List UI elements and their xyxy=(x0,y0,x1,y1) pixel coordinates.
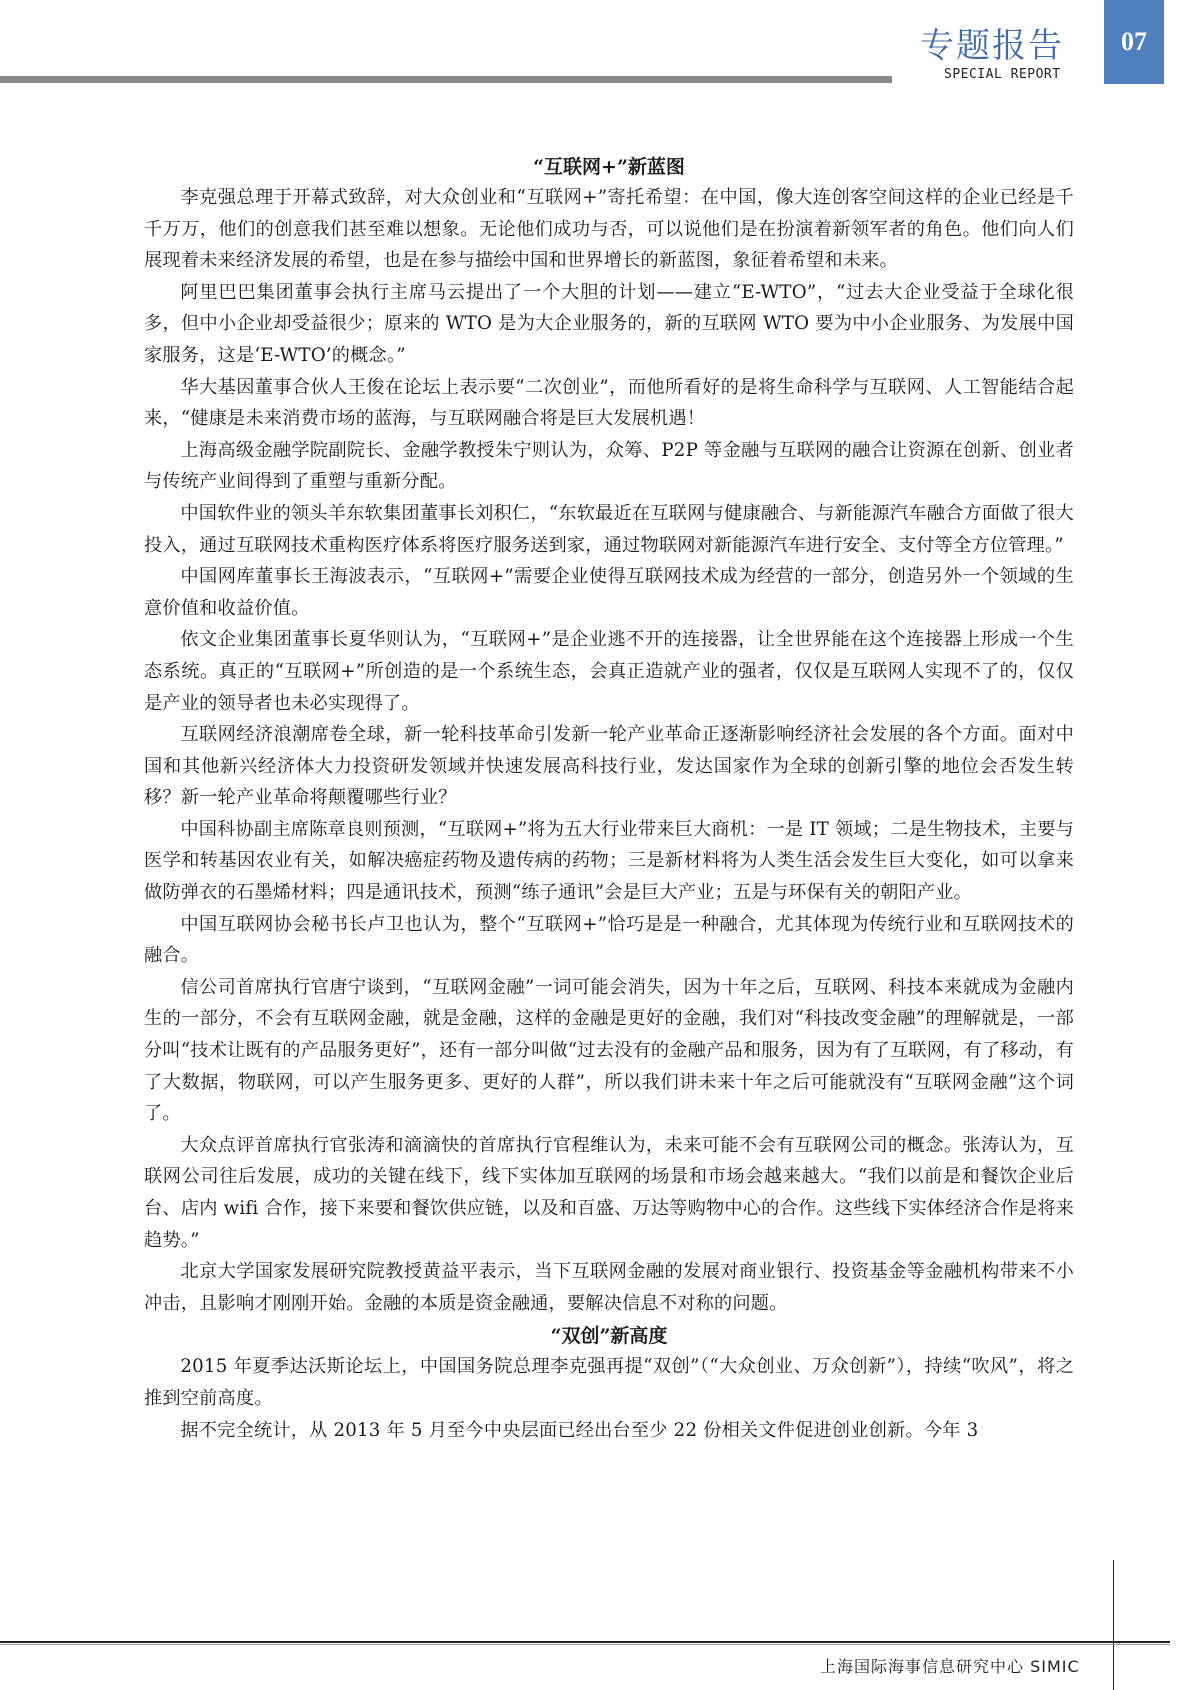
paragraph: 中国网库董事长王海波表示，“互联网+”需要企业使得互联网技术成为经营的一部分，创… xyxy=(144,561,1074,624)
article-body: “互联网+”新蓝图 李克强总理于开幕式致辞，对大众创业和“互联网+”寄托希望：在… xyxy=(144,152,1074,1446)
paragraph: 华大基因董事合伙人王俊在论坛上表示要“二次创业”，而他所看好的是将生命科学与互联… xyxy=(144,372,1074,435)
paragraph: 据不完全统计，从 2013 年 5 月至今中央层面已经出台至少 22 份相关文件… xyxy=(144,1415,1074,1447)
header-title: 专题报告 xyxy=(920,18,1064,67)
footer-organization: 上海国际海事信息研究中心 SIMIC xyxy=(820,1654,1080,1677)
paragraph: 中国互联网协会秘书长卢卫也认为，整个“互联网+”恰巧是是一种融合，尤其体现为传统… xyxy=(144,909,1074,972)
paragraph: 上海高级金融学院副院长、金融学教授朱宁则认为，众筹、P2P 等金融与互联网的融合… xyxy=(144,435,1074,498)
paragraph: 大众点评首席执行官张涛和滴滴快的首席执行官程维认为，未来可能不会有互联网公司的概… xyxy=(144,1130,1074,1256)
section-title-internet-plus: “互联网+”新蓝图 xyxy=(144,152,1074,182)
paragraph: 中国软件业的领头羊东软集团董事长刘积仁，“东软最近在互联网与健康融合、与新能源汽… xyxy=(144,498,1074,561)
paragraph: 阿里巴巴集团董事会执行主席马云提出了一个大胆的计划——建立“E-WTO”，“过去… xyxy=(144,277,1074,372)
paragraph: 李克强总理于开幕式致辞，对大众创业和“互联网+”寄托希望：在中国，像大连创客空间… xyxy=(144,182,1074,277)
paragraph: 信公司首席执行官唐宁谈到，“互联网金融”一词可能会消失，因为十年之后，互联网、科… xyxy=(144,972,1074,1130)
paragraph: 依文企业集团董事长夏华则认为，“互联网+”是企业逃不开的连接器，让全世界能在这个… xyxy=(144,624,1074,719)
footer-vertical-rule xyxy=(1113,1560,1114,1690)
footer-rule xyxy=(0,1641,1170,1645)
header-subtitle: SPECIAL REPORT xyxy=(944,67,1061,82)
page-number: 07 xyxy=(1121,27,1147,57)
section-title-dual-innovation: “双创”新高度 xyxy=(144,1321,1074,1351)
paragraph: 北京大学国家发展研究院教授黄益平表示，当下互联网金融的发展对商业银行、投资基金等… xyxy=(144,1256,1074,1319)
page-number-badge: 07 xyxy=(1104,0,1164,84)
paragraph: 互联网经济浪潮席卷全球，新一轮科技革命引发新一轮产业革命正逐渐影响经济社会发展的… xyxy=(144,719,1074,814)
paragraph: 2015 年夏季达沃斯论坛上，中国国务院总理李克强再提“双创”（“大众创业、万众… xyxy=(144,1351,1074,1414)
paragraph: 中国科协副主席陈章良则预测，“互联网+”将为五大行业带来巨大商机：一是 IT 领… xyxy=(144,814,1074,909)
header-bar xyxy=(0,76,892,83)
